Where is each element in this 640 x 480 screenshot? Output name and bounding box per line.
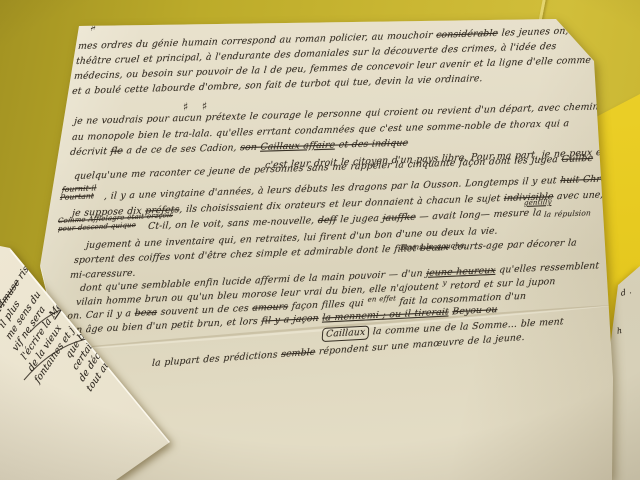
note-handwriting-line: Mmuse ris. [0, 113, 134, 315]
photo-stage: d .h ♯ 2 ♯ ♯ mes ordres du génie humain … [0, 0, 640, 480]
note-handwriting-line: me sens du [4, 126, 154, 343]
note-handwriting-line: l'écrire la Mela [19, 139, 174, 362]
note-handwriting-line: de la vieux [26, 146, 184, 374]
note-handwriting-line: que bon [64, 159, 204, 361]
handwriting-segment: … le [14, 237, 34, 262]
note-handwriting-line: … le [14, 106, 124, 263]
note-handwriting-line: il plus [0, 119, 144, 331]
note-sheet-wrap: … leMmuse ris.il plusme sens duvif ne se… [0, 0, 640, 480]
note-handwriting-line: fontaines et j [32, 153, 193, 386]
note-handwriting-line: certain jeunes filles [70, 166, 213, 373]
note-handwriting-line: vif ne sera [10, 133, 163, 355]
note-handwriting-line: de décembre levés. [77, 173, 224, 385]
note-text: … leMmuse ris.il plusme sens duvif ne se… [0, 106, 234, 460]
note-handwriting-line: tout au lundi seule [85, 180, 234, 395]
note-sheet: … leMmuse ris.il plusme sens duvif ne se… [0, 0, 640, 480]
